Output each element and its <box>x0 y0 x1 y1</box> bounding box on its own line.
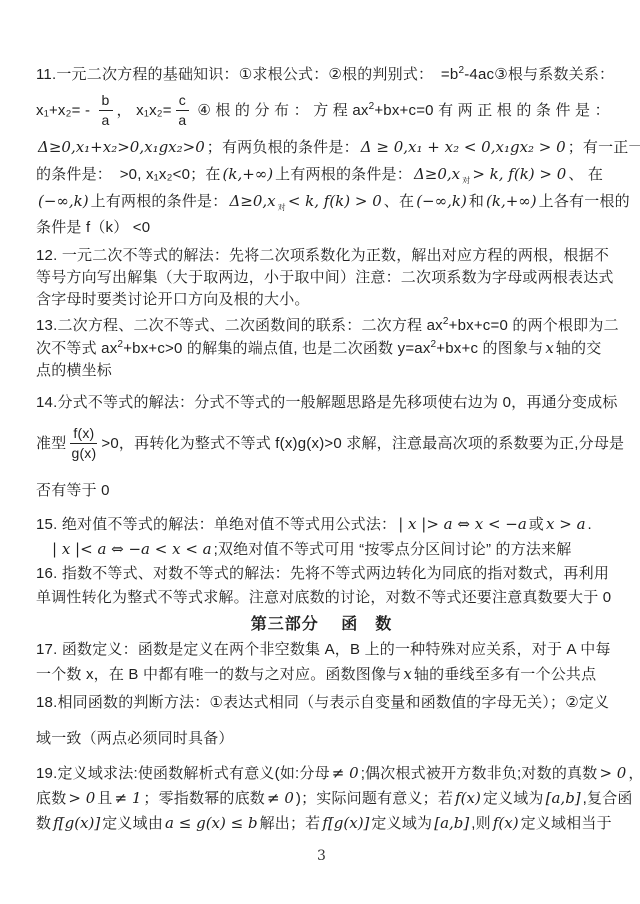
text-segment: 数 <box>36 815 51 832</box>
math-segment: x > a <box>546 515 586 533</box>
text-segment: -4ac③根与系数关系： <box>464 66 614 83</box>
text-segment: 定义域为 <box>371 815 432 832</box>
text-segment: ；有一正一负两根 <box>568 139 640 156</box>
math-segment: < k, f(k) > 0 <box>288 192 382 210</box>
text-segment: 12. 一元二次不等式的解法：先将二次项系数化为正数，解出对应方程的两根，根据不 <box>36 247 609 264</box>
text-segment: ,复合函 <box>583 790 633 807</box>
text-line: 准型f(x)g(x)>0，再转化为整式不等式 f(x)g(x)>0 求解，注意最… <box>36 416 607 472</box>
text-segment: 14.分式不等式的解法：分式不等式的一般解题思路是先移项使右边为 0，再通分变成… <box>36 394 618 411</box>
text-line: 15. 绝对值不等式的解法：单绝对值不等式用公式法：| x |> a ⇔ x <… <box>36 512 607 537</box>
math-segment: > 0 <box>599 764 626 782</box>
text-line: 17. 函数定义：函数是定义在两个非空数集 A，B 上的一种特殊对应关系，对于 … <box>36 638 607 662</box>
text-segment: . <box>588 516 592 533</box>
fraction-denominator: a <box>178 111 186 128</box>
math-segment: ≠ 0 <box>332 764 359 782</box>
math-segment: x <box>545 339 553 357</box>
fraction: ca <box>176 92 189 127</box>
text-segment: 的条件是： >0, x₁x₂<0；在 <box>36 166 221 183</box>
text-line: 的条件是： >0, x₁x₂<0；在(k,+∞)上有两根的条件是：Δ≥0,x对>… <box>36 161 607 188</box>
text-line: 域一致（两点必须同时具备） <box>36 727 607 751</box>
text-segment: 否有等于 0 <box>36 482 110 499</box>
text-line: 条件是 f（k） <0 <box>36 215 607 241</box>
text-segment: ；零指数幂的底数 <box>143 790 265 807</box>
section-heading: 第三部分 函 数 <box>36 612 607 638</box>
text-segment: 11.一元二次方程的基础知识：①求根公式：②根的判别式： =b <box>36 66 458 83</box>
text-line: Δ≥0,x₁+x₂>0,x₁gx₂>0；有两负根的条件是：Δ ≥ 0,x₁ + … <box>36 134 607 161</box>
text-segment: 底数 <box>36 790 66 807</box>
text-line: 次不等式 ax2+bx+c>0 的解集的端点值, 也是二次函数 y=ax2+bx… <box>36 337 607 360</box>
math-segment: Δ≥0,x <box>229 192 275 210</box>
text-segment: 或 <box>529 516 544 533</box>
text-segment: 16. 指数不等式、对数不等式的解法：先将不等式两边转化为同底的指对数式，再利用 <box>36 565 609 582</box>
math-segment: [a,b] <box>546 789 581 807</box>
text-line: 19.定义域求法:使函数解析式有意义(如:分母≠ 0;偶次根式被开方数非负;对数… <box>36 761 607 786</box>
math-segment: ≠ 1 <box>115 789 142 807</box>
text-segment: ,则 <box>471 815 491 832</box>
math-segment: > k, f(k) > 0 <box>472 165 566 183</box>
text-segment: 定义域为 <box>483 790 544 807</box>
text-line: 点的横坐标 <box>36 360 607 382</box>
text-segment: 含字母时要类讨论开口方向及根的大小。 <box>36 291 310 308</box>
text-segment: +bx+c=0 有 两 正 根 的 条 件 是 ： <box>374 102 609 119</box>
math-segment: (−∞,k) <box>38 192 89 210</box>
text-segment: 轴的交 <box>556 340 602 357</box>
text-segment: 轴的垂线至多有一个公共点 <box>414 666 596 683</box>
fraction-numerator: b <box>99 92 113 110</box>
text-segment: >0，再转化为整式不等式 f(x)g(x)>0 求解，注意最高次项的系数要为正,… <box>101 435 624 452</box>
text-segment: 13.二次方程、二次不等式、二次函数间的联系：二次方程 ax <box>36 317 443 334</box>
fraction-denominator: a <box>102 111 110 128</box>
text-segment: 点的横坐标 <box>36 362 112 379</box>
text-segment: 解出；若 <box>260 815 321 832</box>
text-segment: ;双绝对值不等式可用 “按零点分区间讨论” 的方法来解 <box>214 541 572 558</box>
math-segment: a ≤ g(x) ≤ b <box>165 814 258 832</box>
text-segment: 次不等式 ax <box>36 340 117 357</box>
text-line: | x |< a ⇔ −a < x < a;双绝对值不等式可用 “按零点分区间讨… <box>36 537 607 562</box>
text-line: 单调性转化为整式不等式求解。注意对底数的讨论，对数不等式还要注意真数要大于 0 <box>36 586 607 610</box>
math-segment: f[g(x)] <box>53 814 100 832</box>
text-line: 数f[g(x)]定义域由a ≤ g(x) ≤ b解出；若f[g(x)]定义域为[… <box>36 811 607 836</box>
text-segment: +bx+c 的图象与 <box>436 340 543 357</box>
document-page: 11.一元二次方程的基础知识：①求根公式：②根的判别式： =b2-4ac③根与系… <box>0 0 640 904</box>
math-segment: f[g(x)] <box>322 814 369 832</box>
text-segment: ；有两负根的条件是： <box>207 139 359 156</box>
math-segment: f(x) <box>493 814 519 832</box>
text-line: (−∞,k)上有两根的条件是：Δ≥0,x对< k, f(k) > 0、在(−∞,… <box>36 188 607 215</box>
text-segment: 一个数 x，在 B 中都有唯一的数与之对应。函数图像与 <box>36 666 401 683</box>
fraction: f(x)g(x) <box>70 425 97 460</box>
text-segment: 、在 <box>384 193 414 210</box>
math-segment: (k,+∞) <box>486 192 537 210</box>
math-segment: | x |< a ⇔ −a < x < a <box>52 540 212 558</box>
text-segment: 15. 绝对值不等式的解法：单绝对值不等式用公式法： <box>36 516 396 533</box>
math-segment: f(x) <box>455 789 481 807</box>
text-segment: ;偶次根式被开方数非负;对数的真数 <box>361 765 598 782</box>
document-body: 11.一元二次方程的基础知识：①求根公式：②根的判别式： =b2-4ac③根与系… <box>36 62 607 836</box>
text-line: 11.一元二次方程的基础知识：①求根公式：②根的判别式： =b2-4ac③根与系… <box>36 62 607 88</box>
text-segment: +bx+c>0 的解集的端点值, 也是二次函数 y=ax <box>123 340 430 357</box>
subscript: 对 <box>462 176 470 185</box>
math-segment: | x |> a ⇔ x < −a <box>398 515 527 533</box>
text-line: 14.分式不等式的解法：分式不等式的一般解题思路是先移项使右边为 0，再通分变成… <box>36 390 607 416</box>
text-line: 一个数 x，在 B 中都有唯一的数与之对应。函数图像与x轴的垂线至多有一个公共点 <box>36 662 607 687</box>
page-footer: 3 <box>36 844 607 868</box>
text-segment: 域一致（两点必须同时具备） <box>36 730 234 747</box>
text-segment: )；实际问题有意义；若 <box>296 790 453 807</box>
text-segment: 和 <box>469 193 484 210</box>
math-segment: > 0 <box>68 789 95 807</box>
text-line: 18.相同函数的判断方法：①表达式相同（与表示自变量和函数值的字母无关）；②定义 <box>36 691 607 715</box>
text-line: 否有等于 0 <box>36 478 607 504</box>
math-segment: Δ≥0,x₁+x₂>0,x₁gx₂>0 <box>38 138 205 156</box>
text-segment: ④ 根 的 分 布 ： 方 程 ax <box>193 102 369 119</box>
text-segment: x₁+x₂= - <box>36 102 95 119</box>
math-segment: (k,+∞) <box>223 165 274 183</box>
math-segment: (−∞,k) <box>416 192 467 210</box>
text-segment: 上有两根的条件是： <box>91 193 228 210</box>
text-segment: ， x₁x₂= <box>117 102 172 119</box>
text-segment: 单调性转化为整式不等式求解。注意对底数的讨论，对数不等式还要注意真数要大于 0 <box>36 589 611 606</box>
text-segment: 第三部分 函 数 <box>251 616 392 633</box>
text-line: 12. 一元二次不等式的解法：先将二次项系数化为正数，解出对应方程的两根，根据不 <box>36 245 607 267</box>
text-segment: 、 在 <box>568 166 603 183</box>
text-segment: 等号方向写出解集（大于取两边，小于取中间）注意：二次项系数为字母或两根表达式 <box>36 269 614 286</box>
text-line: x₁+x₂= - ba， x₁x₂=ca ④ 根 的 分 布 ： 方 程 ax2… <box>36 88 607 134</box>
fraction-numerator: c <box>176 92 189 110</box>
text-segment: 定义域由 <box>102 815 163 832</box>
text-segment: 且 <box>97 790 112 807</box>
text-line: 13.二次方程、二次不等式、二次函数间的联系：二次方程 ax2+bx+c=0 的… <box>36 315 607 337</box>
text-segment: +bx+c=0 的两个根即为二 <box>449 317 619 334</box>
text-segment: 上有两根的条件是： <box>275 166 412 183</box>
math-segment: [a,b] <box>434 814 469 832</box>
subscript: 对 <box>278 203 286 212</box>
text-segment: ， <box>628 765 640 782</box>
text-line: 含字母时要类讨论开口方向及根的大小。 <box>36 289 607 311</box>
fraction-denominator: g(x) <box>71 444 96 461</box>
math-segment: ≠ 0 <box>267 789 294 807</box>
page-number: 3 <box>317 848 326 864</box>
text-segment: 18.相同函数的判断方法：①表达式相同（与表示自变量和函数值的字母无关）；②定义 <box>36 694 609 711</box>
text-segment: 条件是 f（k） <0 <box>36 219 150 236</box>
text-line: 等号方向写出解集（大于取两边，小于取中间）注意：二次项系数为字母或两根表达式 <box>36 267 607 289</box>
text-line: 16. 指数不等式、对数不等式的解法：先将不等式两边转化为同底的指对数式，再利用 <box>36 562 607 586</box>
text-segment: 17. 函数定义：函数是定义在两个非空数集 A，B 上的一种特殊对应关系，对于 … <box>36 641 611 658</box>
text-segment: 上各有一根的 <box>539 193 630 210</box>
text-segment: 19.定义域求法:使函数解析式有意义(如:分母 <box>36 765 330 782</box>
math-segment: Δ≥0,x <box>414 165 460 183</box>
text-segment: 准型 <box>36 435 66 452</box>
fraction: ba <box>99 92 113 127</box>
fraction-numerator: f(x) <box>70 425 97 443</box>
text-segment: 定义域相当于 <box>521 815 612 832</box>
math-segment: Δ ≥ 0,x₁ + x₂ < 0,x₁gx₂ > 0 <box>361 138 566 156</box>
math-segment: x <box>403 665 411 683</box>
text-line: 底数> 0且≠ 1；零指数幂的底数≠ 0)；实际问题有意义；若f(x)定义域为[… <box>36 786 607 811</box>
